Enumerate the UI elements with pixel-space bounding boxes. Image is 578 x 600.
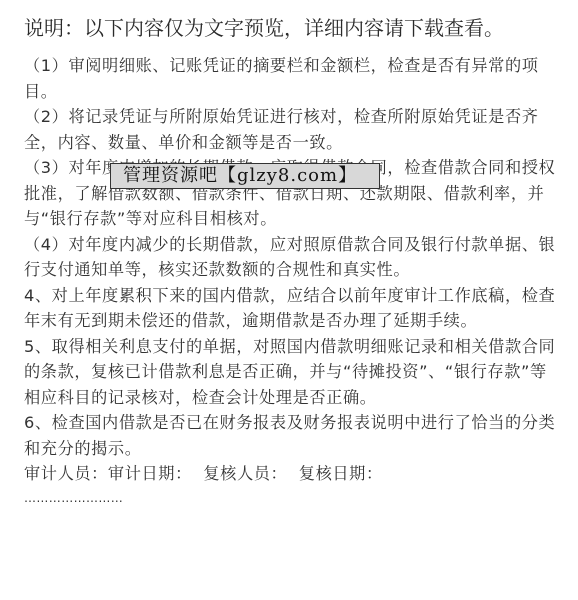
paragraph-item-6: 6、检查国内借款是否已在财务报表及财务报表说明中进行了恰当的分类和充分的揭示。 (24, 410, 558, 461)
paragraph-item-4: 4、对上年度累积下来的国内借款，应结合以前年度审计工作底稿，检查年末有无到期未偿… (24, 283, 558, 334)
ellipsis-dots: …………………… (24, 489, 558, 507)
signature-line: 审计人员：审计日期： 复核人员： 复核日期： (24, 461, 558, 487)
paragraph-item-5: 5、取得相关利息支付的单据，对照国内借款明细账记录和相关借款合同的条款，复核已计… (24, 334, 558, 411)
paragraph-1: （1）审阅明细账、记账凭证的摘要栏和金额栏，检查是否有异常的项目。 (24, 53, 558, 104)
preview-notice: 说明：以下内容仅为文字预览，详细内容请下载查看。 (24, 14, 504, 42)
paragraph-2: （2）将记录凭证与所附原始凭证进行核对，检查所附原始凭证是否齐全，内容、数量、单… (24, 104, 558, 155)
watermark-banner: 管理资源吧【glzy8.com】 (110, 163, 380, 189)
paragraph-4: （4）对年度内减少的长期借款，应对照原借款合同及银行付款单据、银行支付通知单等，… (24, 232, 558, 283)
document-body: （1）审阅明细账、记账凭证的摘要栏和金额栏，检查是否有异常的项目。 （2）将记录… (24, 53, 558, 507)
